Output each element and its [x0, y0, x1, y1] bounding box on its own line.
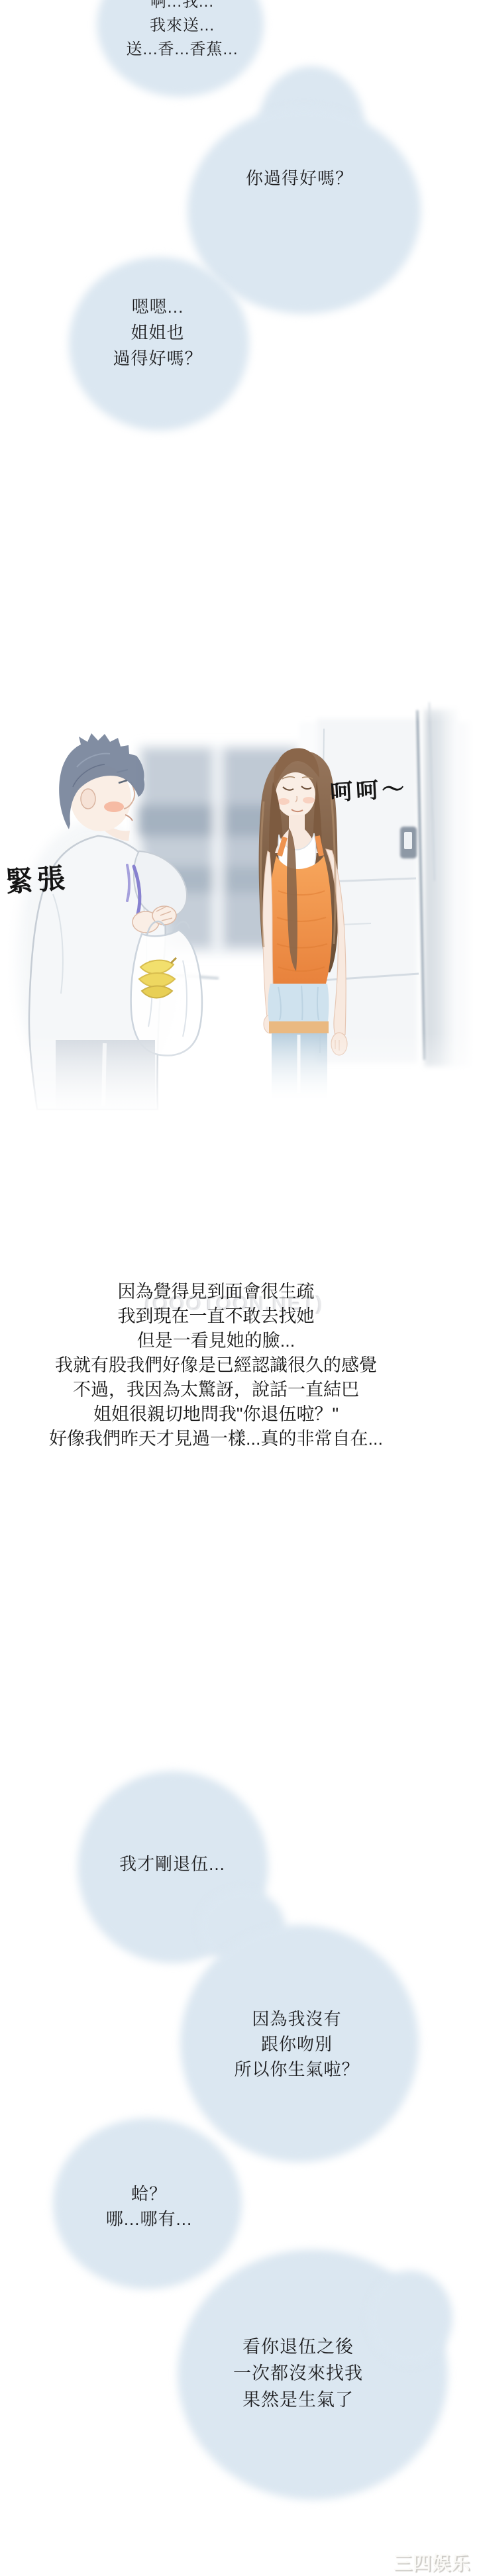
narration-line: 我到現在一直不敢去找她: [26, 1304, 405, 1329]
speech-text-1: 啊...我... 我來送... 送...香...香蕉...: [83, 0, 282, 62]
speech-line: 你過得好嗎？: [200, 167, 399, 189]
woman-face: [276, 772, 315, 817]
speech-line: 我來送...: [83, 14, 282, 38]
speech-line: 姐姐也: [58, 320, 257, 346]
skirt-band: [269, 1021, 329, 1033]
skirt: [268, 984, 329, 1021]
speech-line: 蛤？: [51, 2181, 247, 2206]
narration-line: 因為覺得見到面會很生疏: [26, 1280, 405, 1304]
speech-text-6: 蛤？ 哪...哪有...: [51, 2181, 247, 2232]
speech-line: 啊...我...: [83, 0, 282, 14]
speech-text-3: 嗯嗯... 姐姐也 過得好嗎？: [58, 294, 257, 372]
speech-text-5: 因為我沒有 跟你吻別 所以你生氣啦？: [199, 2006, 395, 2082]
speech-line: 哪...哪有...: [51, 2206, 247, 2232]
narration-line: 不過，我因為太驚訝，說話一直結巴: [26, 1378, 405, 1402]
sfx-nervous: 緊張: [4, 856, 70, 901]
speech-line: 果然是生氣了: [200, 2387, 396, 2413]
narration-line: 我就有股我們好像是已經認識很久的感覺: [26, 1353, 405, 1378]
man-blush: [104, 801, 124, 812]
narration-line: 但是一看見她的臉...: [26, 1329, 405, 1353]
man-ear: [81, 789, 95, 809]
webtoon-page: 啊...我... 我來送... 送...香...香蕉... 你過得好嗎？ 嗯嗯.…: [0, 0, 477, 2576]
speech-line: 看你退伍之後: [200, 2334, 396, 2360]
narration-block: 因為覺得見到面會很生疏 我到現在一直不敢去找她 但是一看見她的臉... 我就有股…: [26, 1280, 405, 1451]
speech-line: 所以你生氣啦？: [199, 2057, 395, 2082]
sfx-giggle: 呵呵～: [329, 770, 408, 807]
speech-line: 送...香...香蕉...: [83, 38, 282, 62]
orange-tank-top: [267, 856, 332, 984]
speech-text-2: 你過得好嗎？: [200, 167, 399, 189]
watermark-bottom-right: 三四娱乐: [394, 2549, 470, 2575]
man-mouth: [125, 815, 132, 821]
door-lock: [400, 827, 417, 858]
illustration-panel: [0, 682, 477, 1133]
speech-line: 因為我沒有: [199, 2006, 395, 2032]
speech-line: 我才剛退伍...: [74, 1853, 270, 1875]
speech-line: 一次都沒來找我: [200, 2360, 396, 2387]
speech-line: 跟你吻別: [199, 2032, 395, 2057]
speech-line: 過得好嗎？: [58, 346, 257, 372]
narration-line: 好像我們昨天才見過一樣...真的非常自在...: [26, 1427, 405, 1451]
bananas: [139, 958, 176, 998]
speech-line: 嗯嗯...: [58, 294, 257, 320]
speech-text-4: 我才剛退伍...: [74, 1853, 270, 1875]
narration-line: 姐姐很親切地問我"你退伍啦？": [26, 1402, 405, 1427]
speech-text-7: 看你退伍之後 一次都沒來找我 果然是生氣了: [200, 2334, 396, 2413]
